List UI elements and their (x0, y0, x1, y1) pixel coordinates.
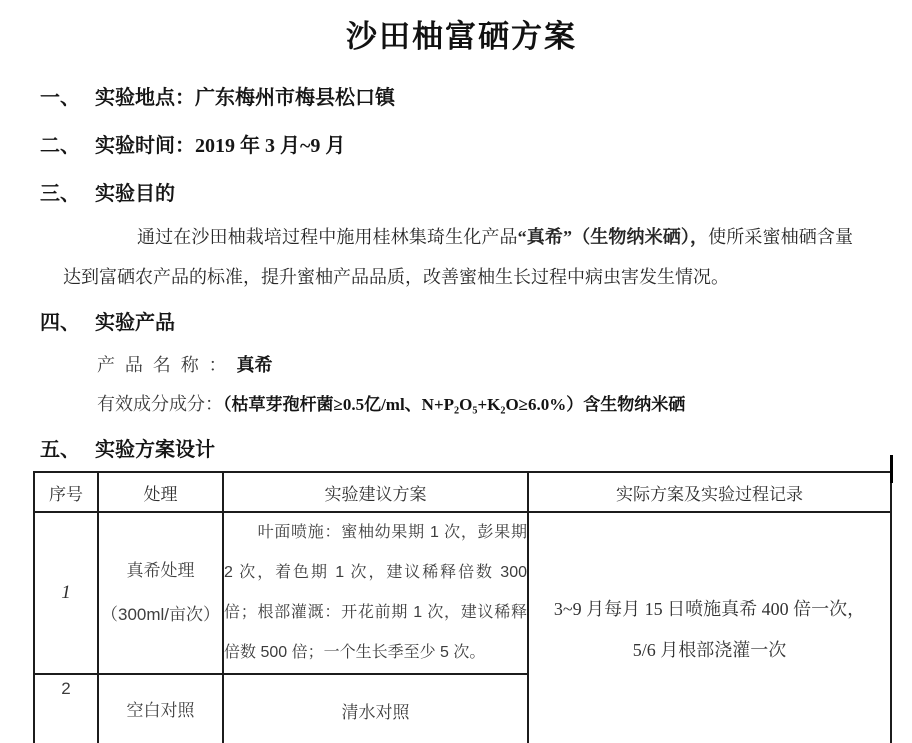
row2-plan-cell: 清水对照 (223, 674, 528, 743)
section-heading-purpose: 三、 实验目的 (33, 181, 890, 208)
section-heading-location: 一、 实验地点：广东梅州市梅县松口镇 (33, 85, 890, 112)
experiment-design-table: 序号 处理 实验建议方案 实际方案及实验过程记录 1 真希处理 （300ml/亩… (33, 471, 892, 743)
header-cell-treatment: 处理 (98, 472, 223, 512)
section-label: 实验目的 (95, 181, 175, 208)
table-header-row: 序号 处理 实验建议方案 实际方案及实验过程记录 (34, 472, 891, 512)
product-ingredient-line: 有效成分成分：（枯草芽孢杆菌≥0.5亿/ml、N+P₂O₅+K₂O≥6.0%）含… (97, 391, 890, 418)
product-name-line: 产品名称：真希 (97, 352, 890, 378)
header-cell-record: 实际方案及实验过程记录 (528, 472, 891, 512)
purpose-text-normal: 通过在沙田柚栽培过程中施用桂林集琦生化产品 (137, 227, 518, 247)
row1-treatment-cell: 真希处理 （300ml/亩次） (98, 512, 223, 674)
row1-plan-cell: 叶面喷施：蜜柚幼果期 1 次，彭果期 2 次，着色期 1 次，建议稀释倍数 30… (223, 512, 528, 674)
row1-number-cell: 1 (34, 512, 98, 674)
section-heading-product: 四、 实验产品 (33, 310, 890, 337)
product-name-label: 产品名称： (97, 355, 237, 375)
section-number: 三、 (40, 181, 95, 208)
section-number: 五、 (40, 437, 95, 464)
row2-treatment-cell: 空白对照 (98, 674, 223, 743)
section-label: 实验时间：2019 年 3 月~9 月 (95, 133, 345, 160)
purpose-paragraph: 通过在沙田柚栽培过程中施用桂林集琦生化产品“真希”（生物纳米硒），使所采蜜柚硒含… (63, 217, 853, 297)
record-line: 5/6 月根部浇灌一次 (529, 630, 890, 671)
row1-record-cell: 3~9 月每月 15 日喷施真希 400 倍一次， 5/6 月根部浇灌一次 (528, 512, 891, 743)
section-label: 实验方案设计 (95, 437, 215, 464)
plan-text: 叶面喷施：蜜柚幼果期 1 次，彭果期 2 次，着色期 1 次，建议稀释倍数 30… (224, 513, 527, 673)
section-heading-design: 五、 实验方案设计 (33, 437, 890, 464)
product-ingredient-value: （枯草芽孢杆菌≥0.5亿/ml、N+P₂O₅+K₂O≥6.0%）含生物纳米硒 (223, 395, 685, 414)
header-cell-plan: 实验建议方案 (223, 472, 528, 512)
section-heading-time: 二、 实验时间：2019 年 3 月~9 月 (33, 133, 890, 160)
treatment-dosage: （300ml/亩次） (99, 593, 222, 637)
row2-number-cell: 2 (34, 674, 98, 743)
section-number: 四、 (40, 310, 95, 337)
section-label: 实验地点：广东梅州市梅县松口镇 (95, 85, 395, 112)
treatment-name: 真希处理 (99, 549, 222, 593)
header-cell-number: 序号 (34, 472, 98, 512)
section-label: 实验产品 (95, 310, 175, 337)
document-page: 沙田柚富硒方案 一、 实验地点：广东梅州市梅县松口镇 二、 实验时间：2019 … (0, 0, 912, 743)
table-row: 1 真希处理 （300ml/亩次） 叶面喷施：蜜柚幼果期 1 次，彭果期 2 次… (34, 512, 891, 674)
product-ingredient-label: 有效成分成分： (97, 394, 223, 414)
purpose-text-bold: “真希”（生物纳米硒）， (518, 227, 709, 247)
product-name-value: 真希 (237, 355, 273, 375)
table-end-marker (890, 455, 893, 483)
page-title: 沙田柚富硒方案 (33, 16, 890, 58)
record-line: 3~9 月每月 15 日喷施真希 400 倍一次， (529, 589, 890, 630)
section-number: 一、 (40, 85, 95, 112)
section-number: 二、 (40, 133, 95, 160)
